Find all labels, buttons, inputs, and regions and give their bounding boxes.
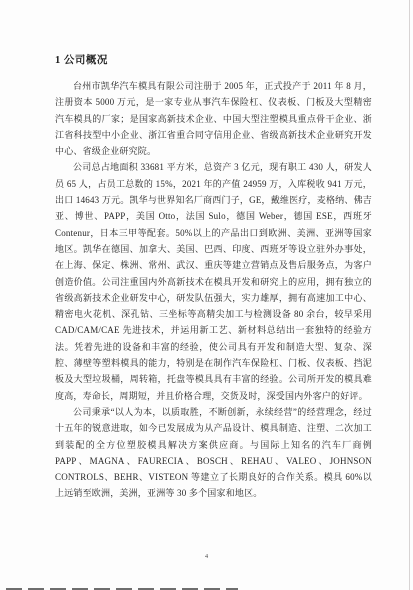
section-heading: 1 公司概况 (55, 52, 372, 67)
paragraph-company-intro: 台州市凯华汽车模具有限公司注册于 2005 年，正式投产于 2011 年 8 月… (55, 78, 372, 159)
paragraph-company-philosophy: 公司秉承“以人为本，以质取胜，不断创新，永续经营”的经营理念，经过十五年的锐意进… (55, 404, 372, 502)
page-number: 4 (0, 553, 413, 560)
document-page: 1 公司概况 台州市凯华汽车模具有限公司注册于 2005 年，正式投产于 201… (0, 0, 413, 590)
page-edge-scan-line (409, 0, 410, 590)
page-body: 1 公司概况 台州市凯华汽车模具有限公司注册于 2005 年，正式投产于 201… (55, 52, 372, 502)
paragraph-company-scale: 公司总占地面积 33681 平方米，总资产 3 亿元，现有职工 430 人，研发… (55, 159, 372, 403)
